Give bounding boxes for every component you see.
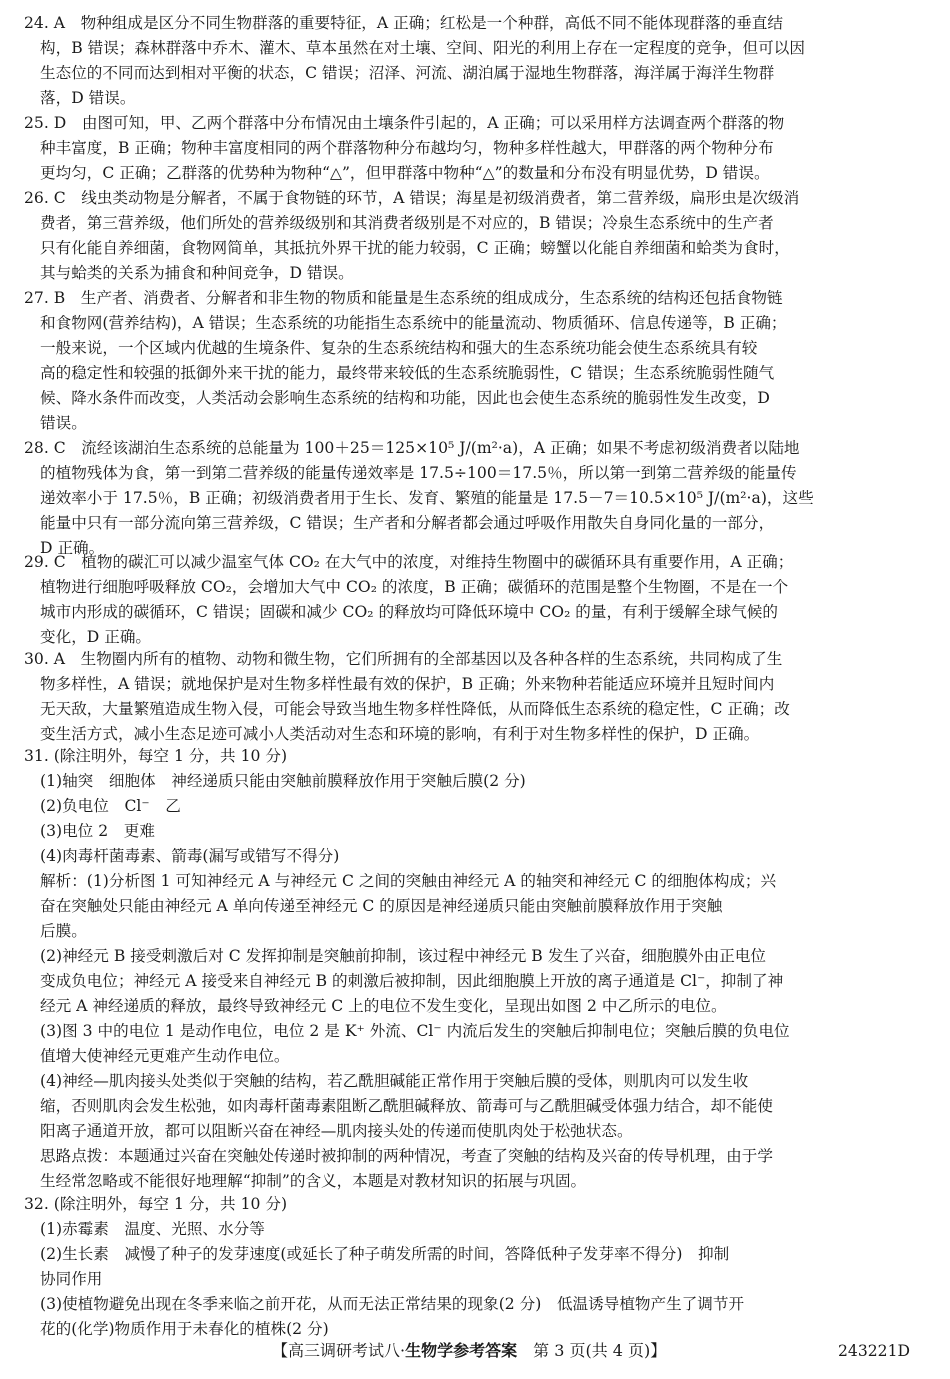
text-line: 29. C 植物的碳汇可以减少温室气体 CO₂ 在大气中的浓度，对维持生物圈中的… bbox=[24, 551, 793, 573]
text-line: 经元 A 神经递质的释放，最终导致神经元 C 上的电位不发生变化，呈现出如图 2… bbox=[40, 995, 727, 1017]
text-line: 植物进行细胞呼吸释放 CO₂，会增加大气中 CO₂ 的浓度，B 正确；碳循环的范… bbox=[40, 576, 788, 598]
text-line: 更均匀，C 正确；乙群落的优势种为物种“△”，但甲群落中物种“△”的数量和分布没… bbox=[40, 162, 770, 184]
text-line: 递效率小于 17.5％，B 正确；初级消费者用于生长、发育、繁殖的能量是 17.… bbox=[40, 487, 814, 509]
text-line: (4)神经—肌肉接头处类似于突触的结构，若乙酰胆碱能正常作用于突触后膜的受体，则… bbox=[40, 1070, 748, 1092]
text-line: 阳离子通道开放，都可以阻断兴奋在神经—肌肉接头处的传递而使肌肉处于松弛状态。 bbox=[40, 1120, 633, 1142]
text-line: 只有化能自养细菌，食物网简单，其抵抗外界干扰的能力较弱，C 正确；螃蟹以化能自养… bbox=[40, 237, 790, 259]
text-line: (3)图 3 中的电位 1 是动作电位，电位 2 是 K⁺ 外流、Cl⁻ 内流后… bbox=[40, 1020, 790, 1042]
text-line: 缩，否则肌肉会发生松弛，如肉毒杆菌毒素阻断乙酰胆碱释放、箭毒可与乙酰胆碱受体强力… bbox=[40, 1095, 773, 1117]
text-line: 30. A 生物圈内所有的植物、动物和微生物，它们所拥有的全部基因以及各种各样的… bbox=[24, 648, 782, 670]
footer-exam-name: 【高三调研考试八· bbox=[272, 1341, 405, 1360]
text-line: (1)轴突 细胞体 神经递质只能由突触前膜释放作用于突触后膜(2 分) bbox=[40, 770, 526, 792]
text-line: 思路点拨：本题通过兴奋在突触处传递时被抑制的两种情况，考查了突触的结构及兴奋的传… bbox=[40, 1145, 773, 1167]
text-line: 种丰富度，B 正确；物种丰富度相同的两个群落物种分布越均匀，物种多样性越大，甲群… bbox=[40, 137, 774, 159]
footer-page-info: 第 3 页(共 4 页)】 bbox=[517, 1341, 666, 1360]
text-line: 27. B 生产者、消费者、分解者和非生物的物质和能量是生态系统的组成成分，生态… bbox=[24, 287, 783, 309]
text-line: 奋在突触处只能由神经元 A 单向传递至神经元 C 的原因是神经递质只能由突触前膜… bbox=[40, 895, 722, 917]
text-line: 构，B 错误；森林群落中乔木、灌木、草本虽然在对土壤、空间、阳光的利用上存在一定… bbox=[40, 37, 805, 59]
page-footer: 【高三调研考试八·生物学参考答案 第 3 页(共 4 页)】 243221D bbox=[0, 1339, 950, 1363]
text-line: 变生活方式，减小生态足迹可减小人类活动对生态和环境的影响，有利于对生物多样性的保… bbox=[40, 723, 759, 745]
text-line: 一般来说，一个区域内优越的生境条件、复杂的生态系统结构和强大的生态系统功能会使生… bbox=[40, 337, 757, 359]
text-line: 值增大使神经元更难产生动作电位。 bbox=[40, 1045, 290, 1067]
text-line: 变成负电位；神经元 A 接受来自神经元 B 的刺激后被抑制，因此细胞膜上开放的离… bbox=[40, 970, 783, 992]
text-line: 变化，D 正确。 bbox=[40, 626, 151, 648]
text-line: 落，D 错误。 bbox=[40, 87, 135, 109]
text-line: (2)负电位 Cl⁻ 乙 bbox=[40, 795, 181, 817]
text-line: 24. A 物种组成是区分不同生物群落的重要特征，A 正确；红松是一个种群，高低… bbox=[24, 12, 783, 34]
text-line: (2)生长素 减慢了种子的发芽速度(或延长了种子萌发所需的时间，答降低种子发芽率… bbox=[40, 1243, 729, 1265]
text-line: 解析：(1)分析图 1 可知神经元 A 与神经元 C 之间的突触由神经元 A 的… bbox=[40, 870, 776, 892]
text-line: 花的(化学)物质作用于未春化的植株(2 分) bbox=[40, 1318, 329, 1340]
answer-key-page: 24. A 物种组成是区分不同生物群落的重要特征，A 正确；红松是一个种群，高低… bbox=[0, 0, 950, 1379]
text-line: 31. (除注明外，每空 1 分，共 10 分) bbox=[24, 745, 287, 767]
text-line: 25. D 由图可知，甲、乙两个群落中分布情况由土壤条件引起的，A 正确；可以采… bbox=[24, 112, 784, 134]
text-line: 生经常忽略或不能很好地理解“抑制”的含义，本题是对教材知识的拓展与巩固。 bbox=[40, 1170, 586, 1192]
text-line: 28. C 流经该湖泊生态系统的总能量为 100＋25＝125×10⁵ J/(m… bbox=[24, 437, 800, 459]
footer-subject: 生物学参考答案 bbox=[405, 1341, 517, 1360]
text-line: 无天敌，大量繁殖造成生物入侵，可能会导致当地生物多样性降低，从而降低生态系统的稳… bbox=[40, 698, 790, 720]
footer-paper-code: 243221D bbox=[838, 1339, 910, 1363]
text-line: 生态位的不同而达到相对平衡的状态，C 错误；沼泽、河流、湖泊属于湿地生物群落，海… bbox=[40, 62, 774, 84]
text-line: 和食物网(营养结构)，A 错误；生态系统的功能指生态系统中的能量流动、物质循环、… bbox=[40, 312, 787, 334]
text-line: 协同作用 bbox=[40, 1268, 102, 1290]
text-line: (2)神经元 B 接受刺激后对 C 发挥抑制是突触前抑制，该过程中神经元 B 发… bbox=[40, 945, 766, 967]
text-line: 能量中只有一部分流向第三营养级，C 错误；生产者和分解者都会通过呼吸作用散失自身… bbox=[40, 512, 774, 534]
text-line: 后膜。 bbox=[40, 920, 87, 942]
text-line: 的植物残体为食，第一到第二营养级的能量传递效率是 17.5÷100＝17.5％，… bbox=[40, 462, 797, 484]
text-line: 26. C 线虫类动物是分解者，不属于食物链的环节，A 错误；海星是初级消费者，… bbox=[24, 187, 799, 209]
text-line: 其与蛤类的关系为捕食和种间竞争，D 错误。 bbox=[40, 262, 354, 284]
text-line: (3)使植物避免出现在冬季来临之前开花，从而无法正常结果的现象(2 分) 低温诱… bbox=[40, 1293, 744, 1315]
text-line: 32. (除注明外，每空 1 分，共 10 分) bbox=[24, 1193, 287, 1215]
text-line: (4)肉毒杆菌毒素、箭毒(漏写或错写不得分) bbox=[40, 845, 339, 867]
text-line: 候、降水条件而改变，人类活动会影响生态系统的结构和功能，因此也会使生态系统的脆弱… bbox=[40, 387, 770, 409]
text-line: (1)赤霉素 温度、光照、水分等 bbox=[40, 1218, 265, 1240]
footer-title: 【高三调研考试八·生物学参考答案 第 3 页(共 4 页)】 bbox=[272, 1339, 666, 1363]
text-line: 错误。 bbox=[40, 412, 87, 434]
text-line: 城市内形成的碳循环，C 错误；固碳和减少 CO₂ 的释放均可降低环境中 CO₂ … bbox=[40, 601, 778, 623]
text-line: 费者，第三营养级，他们所处的营养级级别和其消费者级别是不对应的，B 错误；冷泉生… bbox=[40, 212, 774, 234]
text-line: 物多样性，A 错误；就地保护是对生物多样性最有效的保护，B 正确；外来物种若能适… bbox=[40, 673, 774, 695]
text-line: 高的稳定性和较强的抵御外来干扰的能力，最终带来较低的生态系统脆弱性，C 错误；生… bbox=[40, 362, 774, 384]
text-line: (3)电位 2 更难 bbox=[40, 820, 155, 842]
